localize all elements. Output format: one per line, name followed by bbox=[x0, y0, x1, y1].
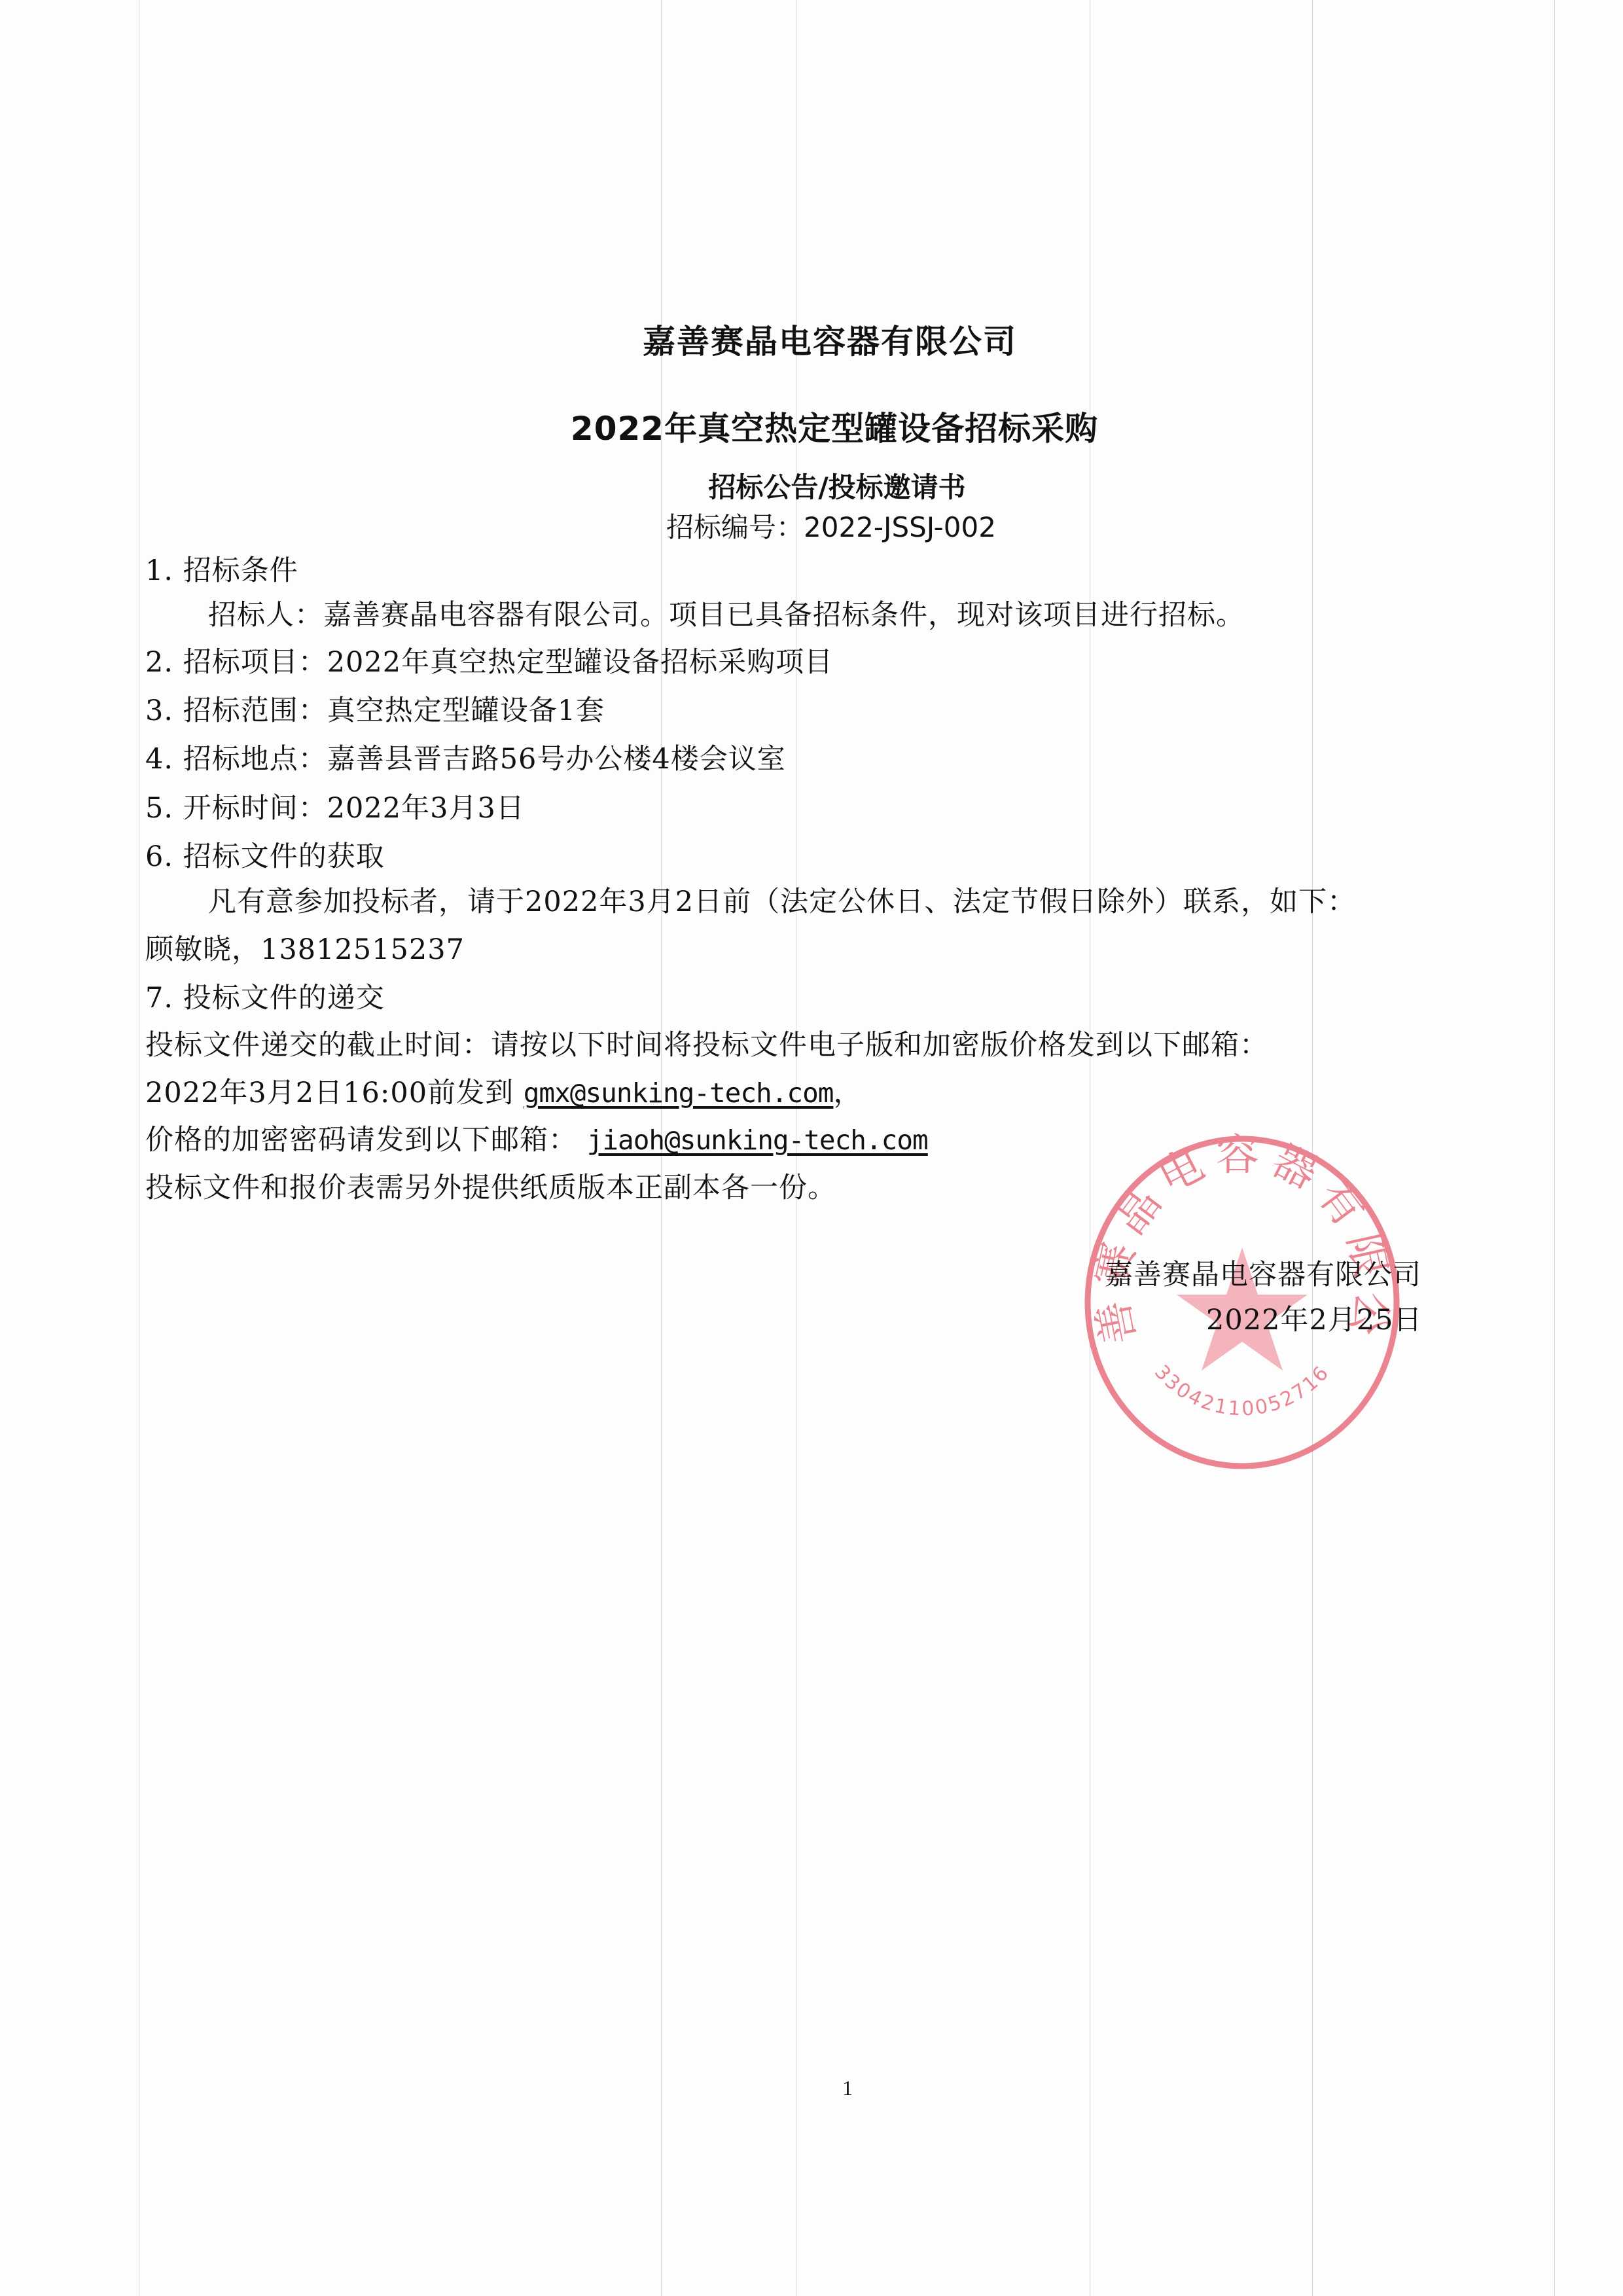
submission-date-text: 2022年3月2日16:00前发到 bbox=[145, 1077, 514, 1109]
project-title: 2022年真空热定型罐设备招标采购 bbox=[0, 403, 1623, 450]
page-number: 1 bbox=[842, 2076, 853, 2100]
contact-line: 顾敏晓，13812515237 bbox=[145, 927, 465, 967]
section-7-heading: 7. 投标文件的递交 bbox=[145, 976, 385, 1016]
section-5: 5. 开标时间：2022年3月3日 bbox=[145, 786, 525, 826]
comma: ， bbox=[833, 1077, 862, 1109]
document-type: 招标公告/投标邀请书 bbox=[0, 466, 1623, 505]
section-6-body: 凡有意参加投标者，请于2022年3月2日前（法定公休日、法定节假日除外）联系，如… bbox=[208, 880, 1356, 920]
paper-copy-note: 投标文件和报价表需另外提供纸质版本正副本各一份。 bbox=[145, 1166, 836, 1206]
bid-number: 招标编号：2022-JSSJ-002 bbox=[0, 506, 1623, 545]
section-4: 4. 招标地点：嘉善县晋吉路56号办公楼4楼会议室 bbox=[145, 737, 786, 777]
section-3: 3. 招标范围：真空热定型罐设备1套 bbox=[145, 689, 605, 728]
price-password-text: 价格的加密密码请发到以下邮箱： bbox=[145, 1124, 577, 1157]
signature-date: 2022年2月25日 bbox=[1206, 1298, 1423, 1338]
submission-deadline: 投标文件递交的截止时间：请按以下时间将投标文件电子版和加密版价格发到以下邮箱： bbox=[145, 1023, 1268, 1063]
svg-text:33042110052716: 33042110052716 bbox=[1150, 1361, 1334, 1421]
seal-code: 33042110052716 bbox=[1150, 1361, 1334, 1421]
email-link-jiaoh[interactable]: jiaoh@sunking-tech.com bbox=[587, 1124, 928, 1156]
email-link-gmx[interactable]: gmx@sunking-tech.com bbox=[524, 1077, 834, 1109]
company-title: 嘉善赛晶电容器有限公司 bbox=[0, 315, 1623, 363]
price-password-line: 价格的加密密码请发到以下邮箱： jiaoh@sunking-tech.com bbox=[145, 1118, 928, 1158]
section-2: 2. 招标项目：2022年真空热定型罐设备招标采购项目 bbox=[145, 640, 833, 680]
section-1-heading: 1. 招标条件 bbox=[145, 548, 298, 588]
section-6-heading: 6. 招标文件的获取 bbox=[145, 834, 385, 874]
signature-company: 嘉善赛晶电容器有限公司 bbox=[1105, 1253, 1421, 1293]
submission-date-line: 2022年3月2日16:00前发到 gmx@sunking-tech.com， bbox=[145, 1071, 862, 1111]
section-1-body: 招标人：嘉善赛晶电容器有限公司。项目已具备招标条件，现对该项目进行招标。 bbox=[208, 593, 1245, 633]
